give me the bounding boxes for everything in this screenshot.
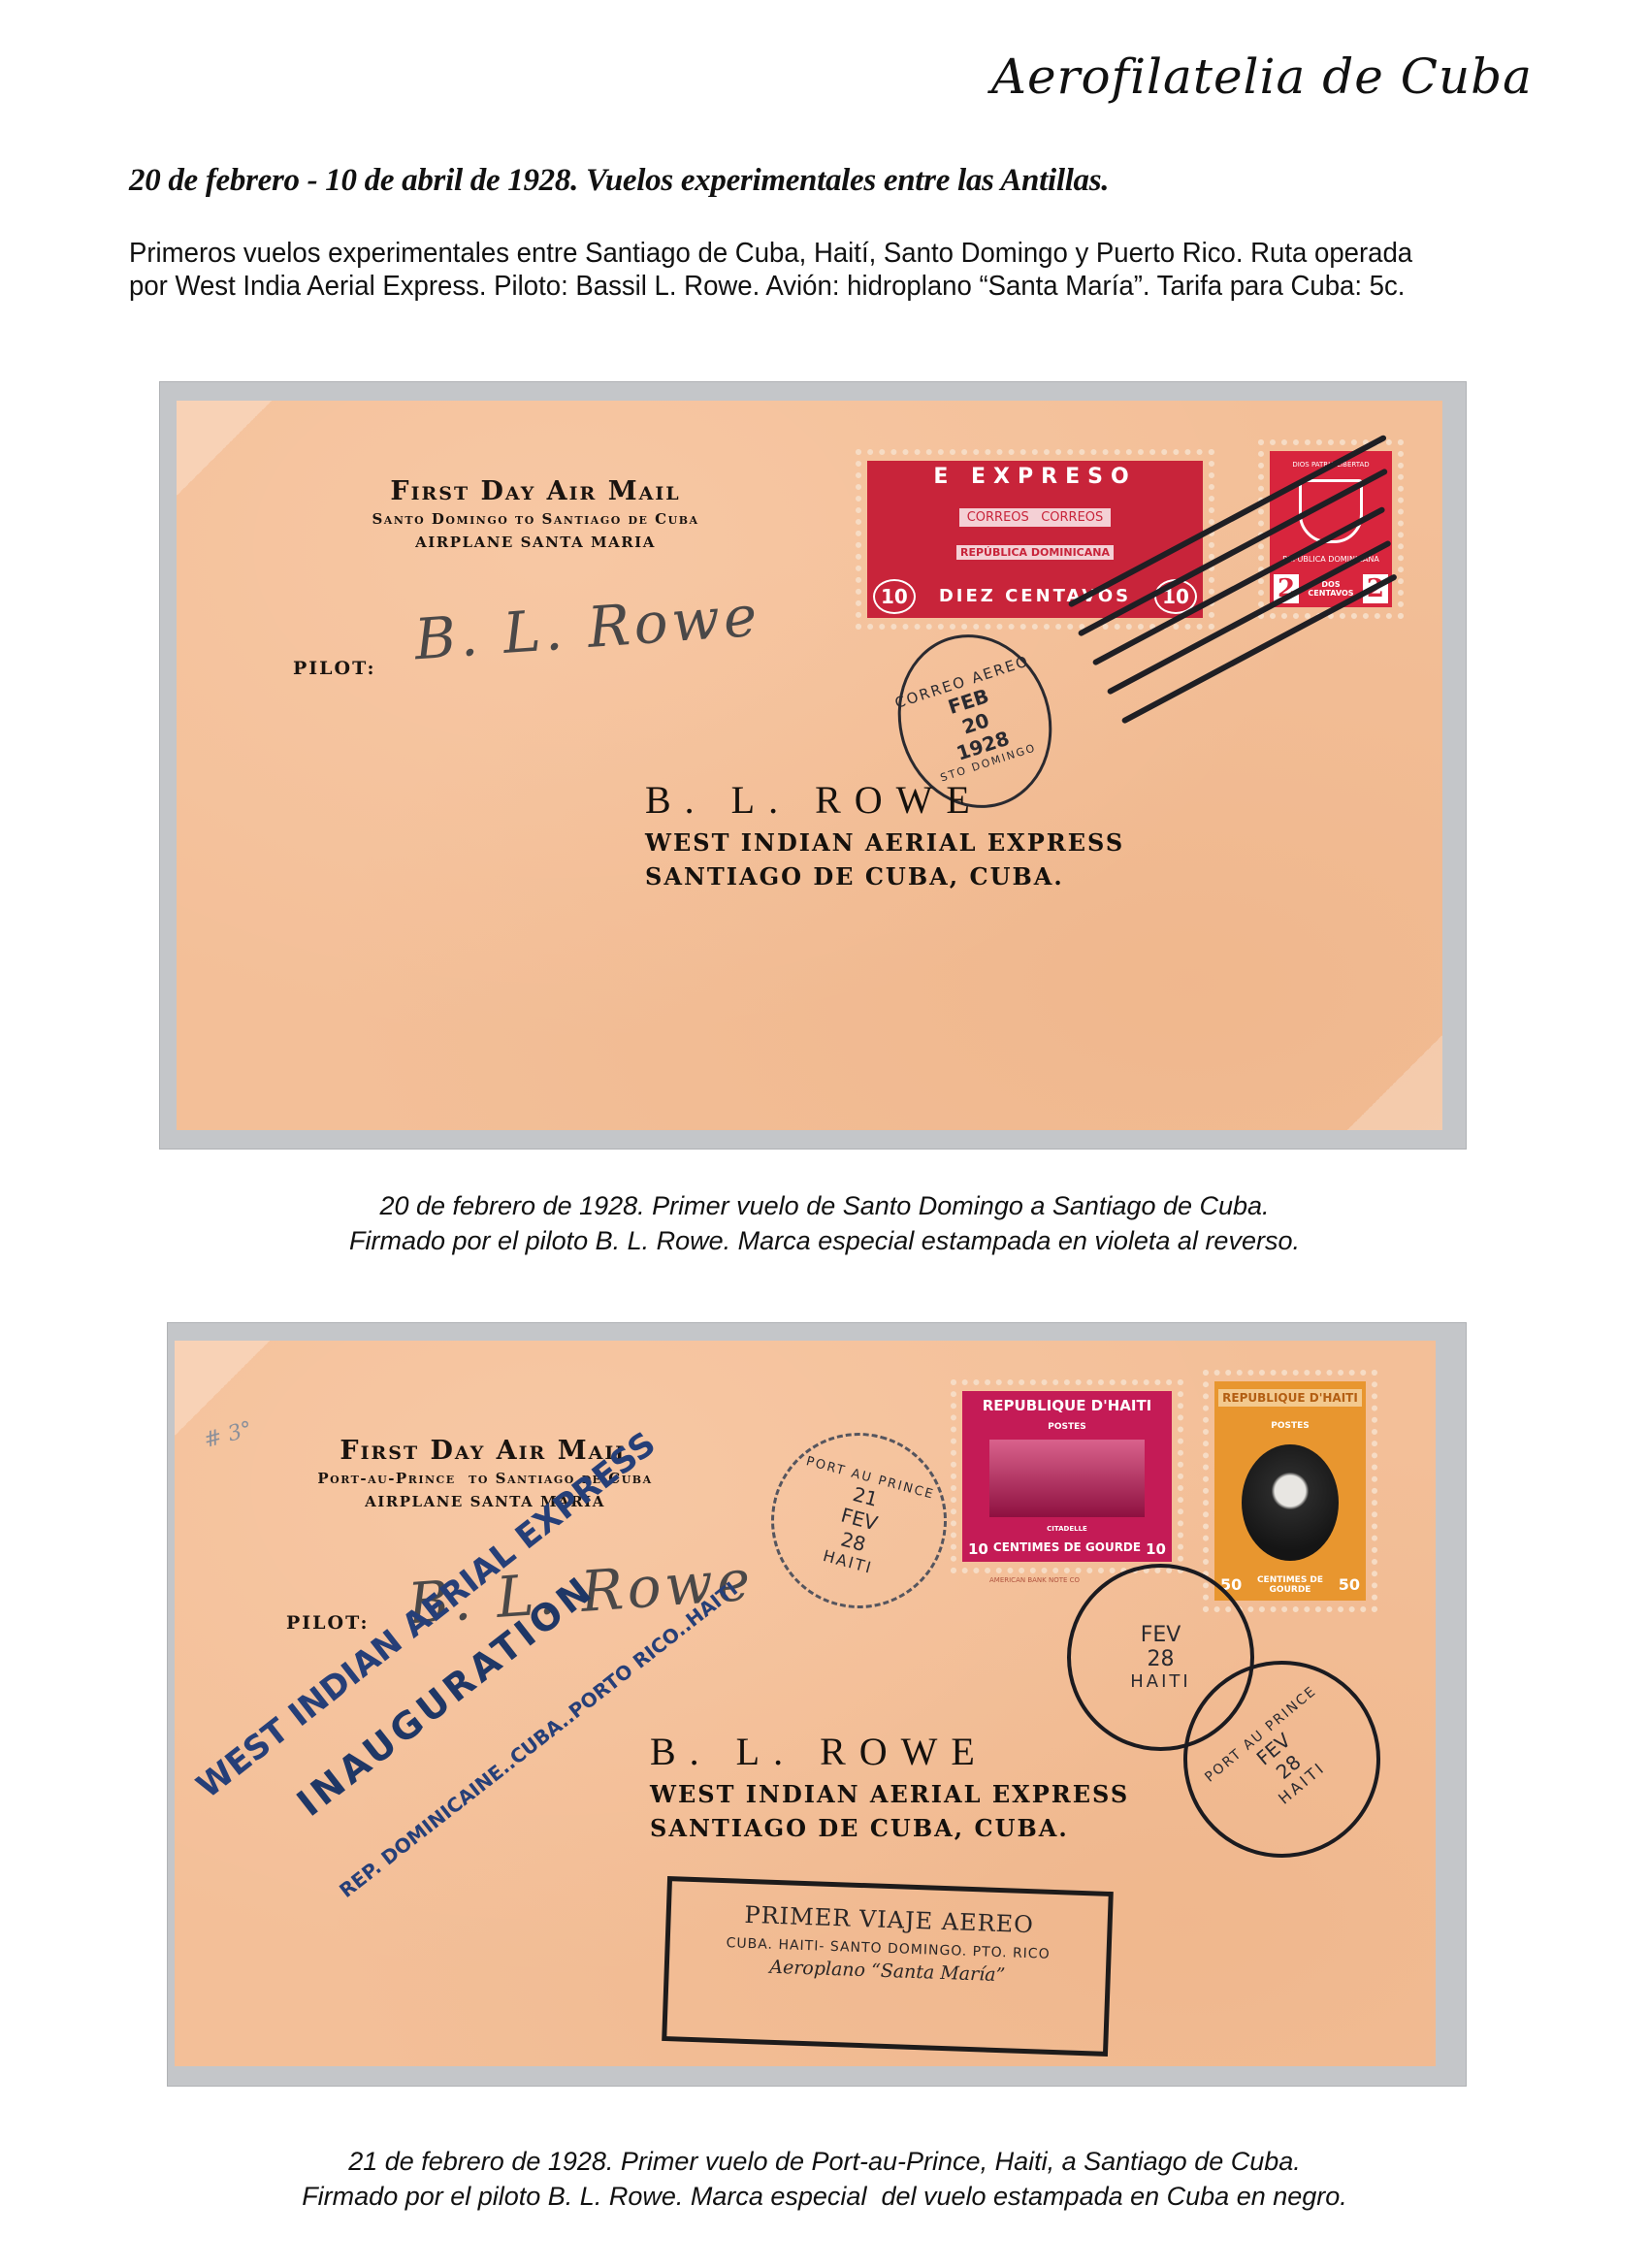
stamp-value: 10 [873, 579, 916, 614]
postmark-ring-bottom: HAITI [1130, 1671, 1190, 1692]
pilot-label: PILOT: [293, 658, 376, 679]
stamp-mid-text: REPÚBLICA DOMINICANA [956, 545, 1114, 560]
postmark-port-au-prince-1: PORT AU PRINCE 21 FEV 28 HAITI [752, 1413, 967, 1629]
stamp-printer-imprint: AMERICAN BANK NOTE CO [989, 1576, 1080, 1584]
stamp-top-text: E EXPRESO [933, 465, 1136, 489]
header-line-1: First Day Air Mail [317, 476, 754, 506]
addressee-name: B. L. ROWE [645, 777, 1124, 823]
header-line-3: AIRPLANE SANTA MARIA [281, 1493, 689, 1510]
caption-line-1: 21 de febrero de 1928. Primer vuelo de P… [146, 2144, 1504, 2179]
portrait-icon [1242, 1444, 1339, 1561]
page-title: Aerofilatelia de Cuba [970, 49, 1533, 105]
intro-paragraph: Primeros vuelos experimentales entre San… [129, 237, 1456, 303]
pilot-signature: B. L. Rowe [412, 583, 762, 673]
cover-2-envelope: # 3° First Day Air Mail Port-au-Prince t… [175, 1341, 1436, 2066]
address-line-2: SANTIAGO DE CUBA, CUBA. [645, 862, 1124, 891]
stamp-bottom-text: CENTIMES DE GOURDE [1251, 1575, 1329, 1595]
addressee-name: B. L. ROWE [650, 1729, 1129, 1774]
stamp-top-text: REPUBLIQUE D'HAITI [1218, 1389, 1362, 1407]
header-line-3: AIRPLANE SANTA MARIA [317, 534, 754, 551]
cover-1-envelope: First Day Air Mail Santo Domingo to Sant… [177, 401, 1442, 1130]
stamp-value: 50 [1339, 1575, 1360, 1594]
postmark-month: FEV [1141, 1623, 1181, 1647]
primer-viaje-aereo-cachet: PRIMER VIAJE AEREO CUBA. HAITI- SANTO DO… [662, 1876, 1114, 2057]
stamp-expreso-10c: E EXPRESO CORREOS CORREOS REPÚBLICA DOMI… [856, 449, 1214, 630]
caption-line-2: Firmado por el piloto B. L. Rowe. Marca … [146, 2179, 1504, 2214]
address-line-2: SANTIAGO DE CUBA, CUBA. [650, 1814, 1129, 1842]
caption-line-2: Firmado por el piloto B. L. Rowe. Marca … [146, 1223, 1504, 1258]
stamp-mid-text: CITADELLE [1047, 1525, 1087, 1533]
stamp-value: 10 [1146, 1540, 1166, 1558]
address-line-1: WEST INDIAN AERIAL EXPRESS [650, 1780, 1129, 1808]
corner-mount-tab [177, 401, 277, 502]
caption-line-1: 20 de febrero de 1928. Primer vuelo de S… [146, 1188, 1504, 1223]
stamp-haiti-50c: REPUBLIQUE D'HAITI POSTES 50 CENTIMES DE… [1203, 1370, 1377, 1612]
stamp-top-text: REPUBLIQUE D'HAITI [983, 1397, 1152, 1414]
cover-2-caption: 21 de febrero de 1928. Primer vuelo de P… [146, 2144, 1504, 2214]
cachet-title: PRIMER VIAJE AEREO [670, 1898, 1108, 1941]
citadelle-vignette-icon [989, 1440, 1145, 1517]
cover-1-address: B. L. ROWE WEST INDIAN AERIAL EXPRESS SA… [645, 777, 1124, 891]
corner-mount-tab [1342, 1029, 1442, 1130]
cover-1-printed-header: First Day Air Mail Santo Domingo to Sant… [317, 476, 754, 551]
cover-2-address: B. L. ROWE WEST INDIAN AERIAL EXPRESS SA… [650, 1729, 1129, 1842]
cover-1-caption: 20 de febrero de 1928. Primer vuelo de S… [146, 1188, 1504, 1258]
stamp-bottom-text: CENTIMES DE GOURDE [993, 1540, 1141, 1558]
header-line-2: Santo Domingo to Santiago de Cuba [317, 510, 754, 528]
postmark-year: 28 [1148, 1647, 1175, 1671]
stamp-sub-text: CORREOS CORREOS [959, 508, 1112, 527]
section-heading: 20 de febrero - 10 de abril de 1928. Vue… [129, 163, 1584, 199]
stamp-sub-text: POSTES [1048, 1422, 1086, 1432]
stamp-haiti-10c: REPUBLIQUE D'HAITI POSTES CITADELLE 10 C… [951, 1379, 1183, 1573]
address-line-1: WEST INDIAN AERIAL EXPRESS [645, 828, 1124, 857]
stamp-value: 10 [968, 1540, 988, 1558]
stamp-sub-text: POSTES [1271, 1421, 1310, 1431]
pilot-label: PILOT: [286, 1612, 370, 1634]
